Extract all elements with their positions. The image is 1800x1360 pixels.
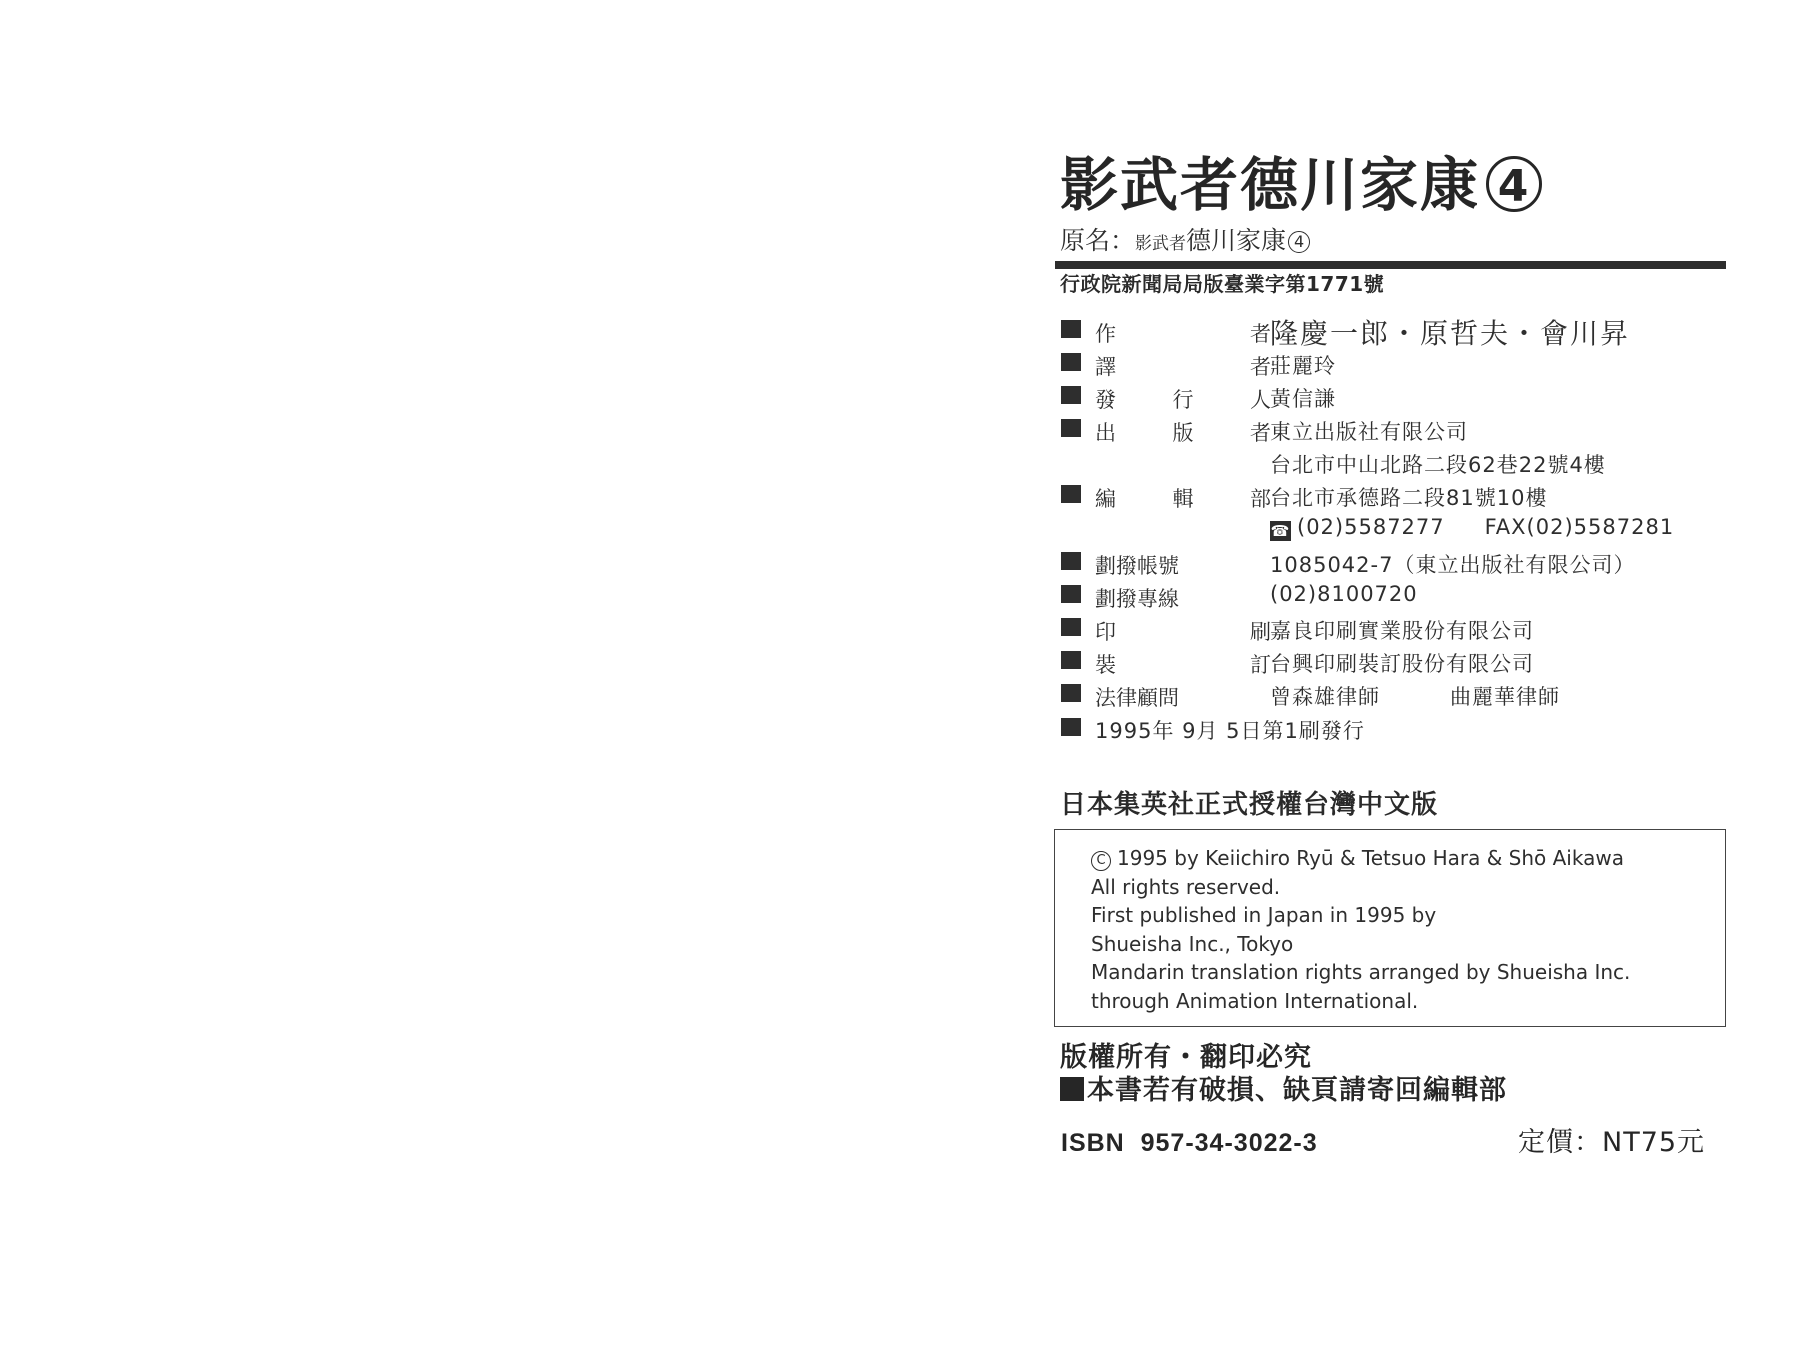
credit-label: 劃撥專線 [1095, 583, 1271, 613]
publication-date: 1995年 9月 5日第1刷發行 [1095, 715, 1365, 745]
original-title-main: 德川家康 [1186, 226, 1286, 255]
credit-label: 譯者 [1095, 351, 1271, 381]
credit-value-translator: 莊麗玲 [1270, 350, 1336, 380]
editorial-address: 台北市承德路二段81號10樓 [1270, 482, 1547, 512]
square-bullet-icon [1061, 684, 1081, 702]
rights-notice: 版權所有・翻印必究 [1060, 1044, 1312, 1071]
square-bullet-icon [1061, 552, 1081, 570]
square-bullet-icon [1061, 618, 1081, 636]
credit-label: 編輯部 [1095, 483, 1271, 513]
square-bullet-icon [1061, 485, 1081, 503]
credit-row-date: 1995年 9月 5日第1刷發行 [1061, 712, 1741, 742]
fax-number: FAX(02)5587281 [1485, 515, 1675, 539]
phone-icon: ☎ [1270, 521, 1291, 541]
square-bullet-icon [1060, 1077, 1084, 1101]
giro-line: (02)8100720 [1270, 582, 1418, 606]
square-bullet-icon [1061, 320, 1081, 338]
isbn: ISBN 957-34-3022-3 [1061, 1131, 1318, 1156]
license-number: 行政院新聞局局版臺業字第1771號 [1060, 274, 1384, 294]
credit-label: 裝訂 [1095, 649, 1271, 679]
copyright-line: through Animation International. [1091, 989, 1418, 1013]
credit-row-publisher: 出版者 東立出版社有限公司 [1061, 413, 1741, 443]
copyright-line: C1995 by Keiichiro Ryū & Tetsuo Hara & S… [1091, 846, 1624, 871]
square-bullet-icon [1061, 419, 1081, 437]
credit-row-binding: 裝訂 台興印刷裝訂股份有限公司 [1061, 645, 1741, 675]
publisher-address: 台北市中山北路二段62巷22號4樓 [1270, 449, 1606, 479]
credit-row-author: 作者 隆慶一郎・原哲夫・會川昇 [1061, 314, 1741, 344]
damage-notice: 本書若有破損、缺頁請寄回編輯部 [1060, 1077, 1507, 1104]
binder: 台興印刷裝訂股份有限公司 [1270, 648, 1534, 678]
square-bullet-icon [1061, 651, 1081, 669]
square-bullet-icon [1061, 718, 1081, 736]
square-bullet-icon [1061, 585, 1081, 603]
legal-advisor-2: 曲麗華律師 [1450, 685, 1560, 709]
copyright-line: First published in Japan in 1995 by [1091, 903, 1436, 927]
copyright-icon: C [1091, 851, 1111, 871]
credit-label: 法律顧問 [1095, 682, 1271, 712]
credit-label: 發行人 [1095, 384, 1271, 414]
credit-row-editorial: 編輯部 台北市承德路二段81號10樓 [1061, 479, 1741, 509]
book-title: 影武者德川家康4 [1060, 156, 1542, 214]
credit-row-giro-line: 劃撥專線 (02)8100720 [1061, 579, 1741, 609]
original-title-small: 影武者 [1135, 234, 1186, 254]
legal-advisor-1: 曾森雄律師 [1270, 685, 1380, 709]
square-bullet-icon [1061, 353, 1081, 371]
credit-row-giro-account: 劃撥帳號 1085042-7（東立出版社有限公司） [1061, 546, 1741, 576]
giro-account: 1085042-7（東立出版社有限公司） [1270, 549, 1635, 579]
credit-label: 印刷 [1095, 616, 1271, 646]
original-title: 原名：影武者德川家康4 [1060, 228, 1310, 253]
credit-row-translator: 譯者 莊麗玲 [1061, 347, 1741, 377]
credit-label: 劃撥帳號 [1095, 550, 1271, 580]
credit-row-legal: 法律顧問 曾森雄律師曲麗華律師 [1061, 678, 1741, 708]
copyright-line: All rights reserved. [1091, 875, 1280, 899]
printer: 嘉良印刷實業股份有限公司 [1270, 615, 1534, 645]
copyright-box: C1995 by Keiichiro Ryū & Tetsuo Hara & S… [1054, 829, 1726, 1027]
credit-row-issuer: 發行人 黃信謙 [1061, 380, 1741, 410]
copyright-line: Mandarin translation rights arranged by … [1091, 960, 1630, 984]
contact-numbers: ☎(02)5587277FAX(02)5587281 [1270, 515, 1674, 541]
authorization-statement: 日本集英社正式授權台灣中文版 [1060, 792, 1438, 818]
credit-value-issuer: 黃信謙 [1270, 383, 1336, 413]
phone-number: (02)5587277 [1297, 515, 1445, 539]
credit-label: 出版者 [1095, 417, 1271, 447]
credit-row-printing: 印刷 嘉良印刷實業股份有限公司 [1061, 612, 1741, 642]
blank-left-page [0, 0, 900, 1360]
credit-row-publisher-address: 台北市中山北路二段62巷22號4樓 [1061, 446, 1741, 476]
credit-value-authors: 隆慶一郎・原哲夫・會川昇 [1270, 312, 1630, 352]
damage-notice-text: 本書若有破損、缺頁請寄回編輯部 [1087, 1075, 1507, 1106]
credit-label: 作者 [1095, 318, 1271, 348]
credit-row-contact: ☎(02)5587277FAX(02)5587281 [1061, 512, 1741, 542]
volume-badge: 4 [1486, 156, 1542, 212]
price: 定價：NT75元 [1518, 1129, 1705, 1156]
original-volume-badge: 4 [1288, 231, 1310, 253]
square-bullet-icon [1061, 386, 1081, 404]
legal-advisors: 曾森雄律師曲麗華律師 [1270, 681, 1560, 711]
copyright-line: Shueisha Inc., Tokyo [1091, 932, 1293, 956]
book-title-text: 影武者德川家康 [1060, 151, 1480, 219]
original-title-label: 原名： [1060, 226, 1135, 255]
credit-value-publisher: 東立出版社有限公司 [1270, 416, 1468, 446]
title-divider [1055, 261, 1726, 269]
